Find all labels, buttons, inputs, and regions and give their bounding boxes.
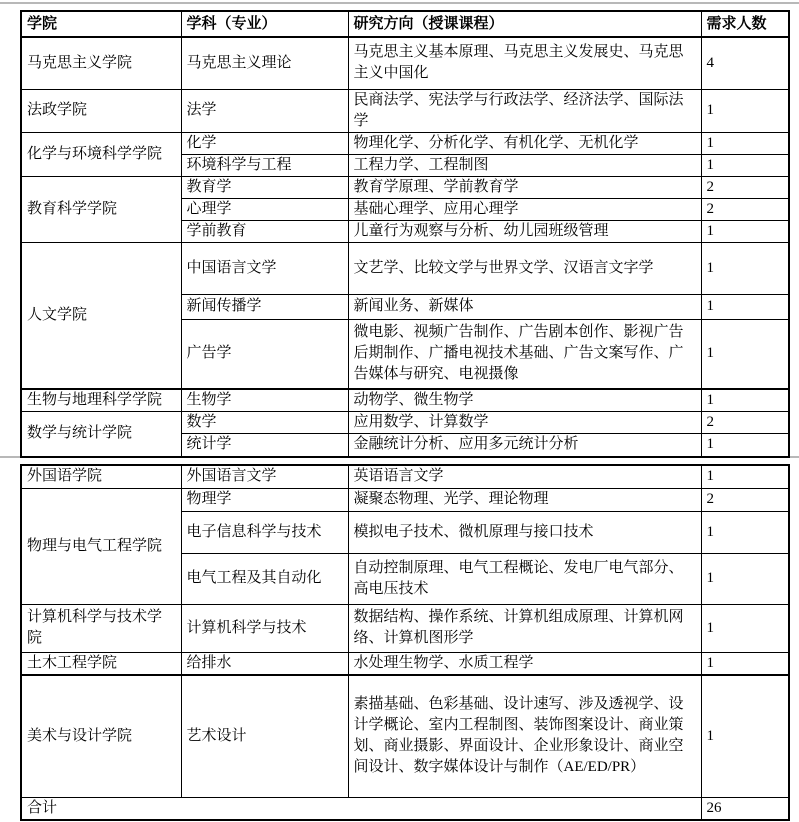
directions-cell: 微电影、视频广告制作、广告剧本创作、影视广告后期制作、广播电视技术基础、广告文案…: [348, 319, 701, 389]
major-cell: 心理学: [181, 198, 348, 220]
major-cell: 计算机科学与技术: [181, 604, 348, 652]
column-header-major: 学科（专业）: [181, 11, 348, 37]
major-cell: 艺术设计: [181, 675, 348, 797]
college-cell: 美术与设计学院: [21, 675, 181, 797]
column-header-directions: 研究方向（授课课程）: [348, 11, 701, 37]
count-cell: 1: [701, 434, 789, 457]
count-cell: 1: [701, 553, 789, 604]
recruitment-table-page2: 外国语学院 外国语言文学 英语语言文学 1 物理与电气工程学院 物理学 凝聚态物…: [20, 464, 790, 821]
table-row: 美术与设计学院 艺术设计 素描基础、色彩基础、设计速写、涉及透视学、设计学概论、…: [21, 675, 789, 797]
directions-cell: 马克思主义基本原理、马克思主义发展史、马克思主义中国化: [348, 37, 701, 89]
major-cell: 新闻传播学: [181, 294, 348, 319]
major-cell: 外国语言文学: [181, 465, 348, 488]
major-cell: 中国语言文学: [181, 242, 348, 294]
directions-cell: 文艺学、比较文学与世界文学、汉语言文字学: [348, 242, 701, 294]
directions-cell: 应用数学、计算数学: [348, 412, 701, 434]
table-row: 教育科学学院 教育学 教育学原理、学前教育学 2: [21, 176, 789, 198]
total-row: 合计 26: [21, 797, 789, 820]
college-cell: 教育科学学院: [21, 176, 181, 242]
total-count-cell: 26: [701, 797, 789, 820]
table-row: 法政学院 法学 民商法学、宪法学与行政法学、经济法学、国际法学 1: [21, 89, 789, 132]
major-cell: 学前教育: [181, 220, 348, 242]
count-cell: 2: [701, 412, 789, 434]
count-cell: 1: [701, 389, 789, 412]
directions-cell: 数据结构、操作系统、计算机组成原理、计算机网络、计算机图形学: [348, 604, 701, 652]
directions-cell: 新闻业务、新媒体: [348, 294, 701, 319]
count-cell: 1: [701, 675, 789, 797]
college-cell: 化学与环境科学学院: [21, 132, 181, 176]
total-label-cell: 合计: [21, 797, 701, 820]
recruitment-table-page1: 学院 学科（专业） 研究方向（授课课程） 需求人数 马克思主义学院 马克思主义理…: [20, 10, 790, 458]
major-cell: 环境科学与工程: [181, 154, 348, 176]
directions-cell: 物理化学、分析化学、有机化学、无机化学: [348, 132, 701, 154]
count-cell: 2: [701, 198, 789, 220]
table-row: 马克思主义学院 马克思主义理论 马克思主义基本原理、马克思主义发展史、马克思主义…: [21, 37, 789, 89]
table-row: 土木工程学院 给排水 水处理生物学、水质工程学 1: [21, 652, 789, 675]
directions-cell: 自动控制原理、电气工程概论、发电厂电气部分、高电压技术: [348, 553, 701, 604]
count-cell: 1: [701, 132, 789, 154]
table-row: 化学与环境科学学院 化学 物理化学、分析化学、有机化学、无机化学 1: [21, 132, 789, 154]
count-cell: 1: [701, 294, 789, 319]
count-cell: 1: [701, 652, 789, 675]
major-cell: 统计学: [181, 434, 348, 457]
count-cell: 2: [701, 176, 789, 198]
college-cell: 计算机科学与技术学院: [21, 604, 181, 652]
directions-cell: 英语语言文学: [348, 465, 701, 488]
college-cell: 数学与统计学院: [21, 412, 181, 457]
directions-cell: 工程力学、工程制图: [348, 154, 701, 176]
count-cell: 1: [701, 319, 789, 389]
directions-cell: 模拟电子技术、微机原理与接口技术: [348, 511, 701, 553]
major-cell: 化学: [181, 132, 348, 154]
table-row: 计算机科学与技术学院 计算机科学与技术 数据结构、操作系统、计算机组成原理、计算…: [21, 604, 789, 652]
column-header-college: 学院: [21, 11, 181, 37]
table-row: 外国语学院 外国语言文学 英语语言文学 1: [21, 465, 789, 488]
table-row: 人文学院 中国语言文学 文艺学、比较文学与世界文学、汉语言文字学 1: [21, 242, 789, 294]
major-cell: 教育学: [181, 176, 348, 198]
count-cell: 1: [701, 465, 789, 488]
major-cell: 电气工程及其自动化: [181, 553, 348, 604]
major-cell: 广告学: [181, 319, 348, 389]
count-cell: 1: [701, 242, 789, 294]
college-cell: 物理与电气工程学院: [21, 488, 181, 604]
major-cell: 物理学: [181, 488, 348, 511]
column-header-count: 需求人数: [701, 11, 789, 37]
college-cell: 生物与地理科学学院: [21, 389, 181, 412]
major-cell: 给排水: [181, 652, 348, 675]
college-cell: 法政学院: [21, 89, 181, 132]
count-cell: 1: [701, 154, 789, 176]
directions-cell: 金融统计分析、应用多元统计分析: [348, 434, 701, 457]
college-cell: 人文学院: [21, 242, 181, 389]
page-top-divider: [0, 2, 799, 4]
directions-cell: 儿童行为观察与分析、幼儿园班级管理: [348, 220, 701, 242]
major-cell: 电子信息科学与技术: [181, 511, 348, 553]
directions-cell: 水处理生物学、水质工程学: [348, 652, 701, 675]
count-cell: 1: [701, 604, 789, 652]
count-cell: 1: [701, 220, 789, 242]
table-row: 数学与统计学院 数学 应用数学、计算数学 2: [21, 412, 789, 434]
major-cell: 生物学: [181, 389, 348, 412]
college-cell: 土木工程学院: [21, 652, 181, 675]
directions-cell: 素描基础、色彩基础、设计速写、涉及透视学、设计学概论、室内工程制图、装饰图案设计…: [348, 675, 701, 797]
count-cell: 1: [701, 511, 789, 553]
college-cell: 外国语学院: [21, 465, 181, 488]
table-row: 生物与地理科学学院 生物学 动物学、微生物学 1: [21, 389, 789, 412]
header-row: 学院 学科（专业） 研究方向（授课课程） 需求人数: [21, 11, 789, 37]
college-cell: 马克思主义学院: [21, 37, 181, 89]
directions-cell: 基础心理学、应用心理学: [348, 198, 701, 220]
major-cell: 法学: [181, 89, 348, 132]
count-cell: 4: [701, 37, 789, 89]
directions-cell: 凝聚态物理、光学、理论物理: [348, 488, 701, 511]
directions-cell: 教育学原理、学前教育学: [348, 176, 701, 198]
major-cell: 数学: [181, 412, 348, 434]
count-cell: 1: [701, 89, 789, 132]
table-row: 物理与电气工程学院 物理学 凝聚态物理、光学、理论物理 2: [21, 488, 789, 511]
directions-cell: 动物学、微生物学: [348, 389, 701, 412]
major-cell: 马克思主义理论: [181, 37, 348, 89]
count-cell: 2: [701, 488, 789, 511]
directions-cell: 民商法学、宪法学与行政法学、经济法学、国际法学: [348, 89, 701, 132]
